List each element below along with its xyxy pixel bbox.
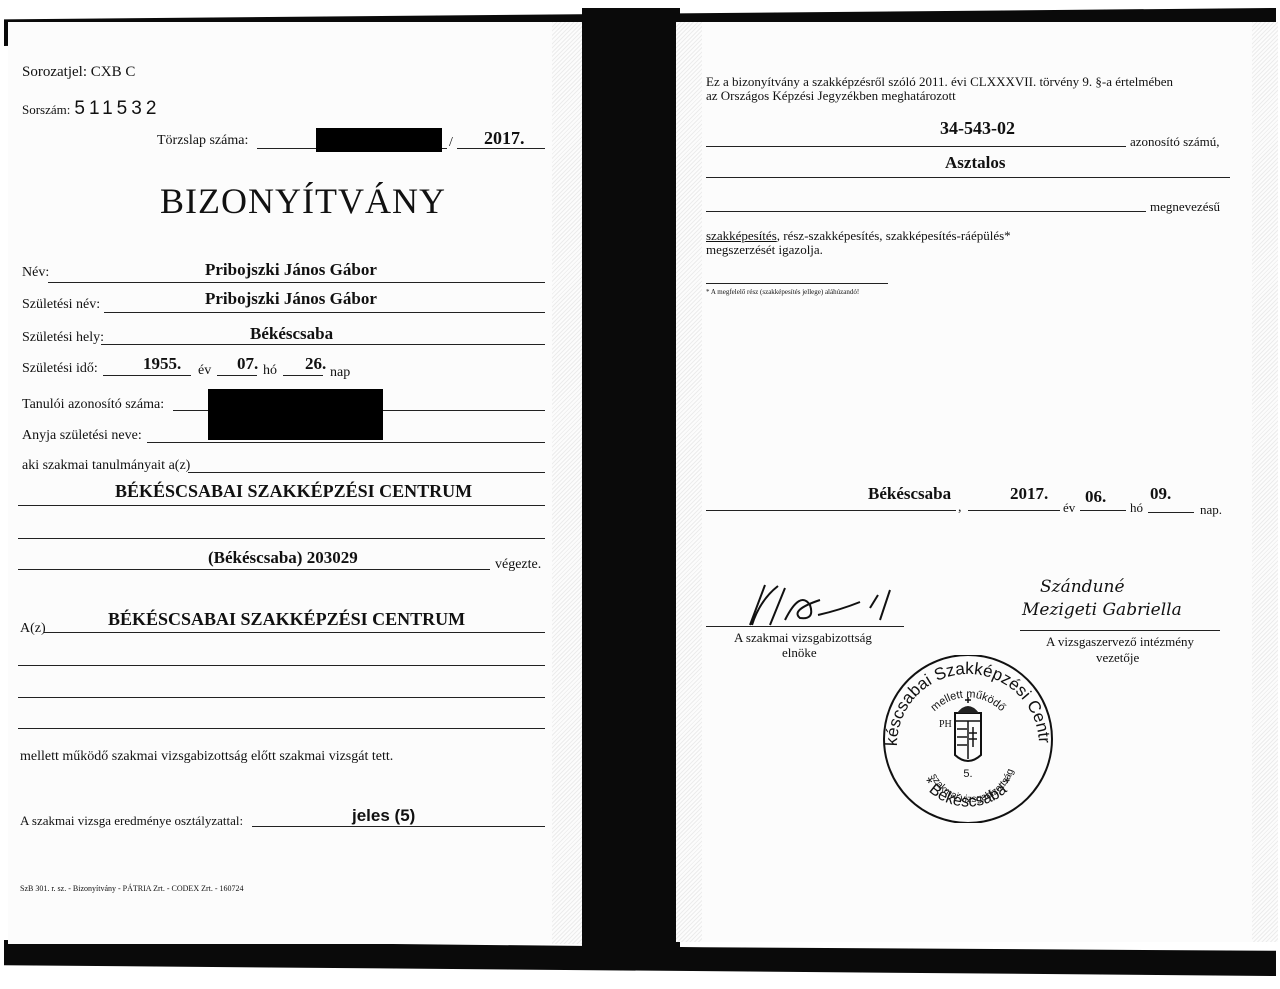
coat-of-arms-icon <box>955 697 981 761</box>
footnote: * A megfelelő rész (szakképesítés jelleg… <box>706 288 859 296</box>
series-label-text: Sorozatjel: <box>22 64 87 80</box>
birth-name-value: Pribojszki János Gábor <box>205 289 377 309</box>
birth-year: 1955. <box>143 354 181 374</box>
director-title-line-2: vezetője <box>1096 650 1139 666</box>
register-year: 2017. <box>484 128 525 149</box>
exam-line-2 <box>18 665 545 666</box>
chairman-title-line-1: A szakmai vizsgabizottság <box>734 630 872 646</box>
issue-month-line <box>1080 510 1126 511</box>
serial-label: Sorszám: <box>22 102 70 117</box>
register-redaction <box>316 128 442 152</box>
place-comma: , <box>958 500 962 516</box>
issue-year-unit: év <box>1063 500 1075 516</box>
birth-day-line <box>283 375 323 376</box>
month-unit: hó <box>263 363 277 379</box>
birth-place-value: Békéscsaba <box>250 324 333 344</box>
result-line <box>252 826 545 827</box>
document-title: BIZONYÍTVÁNY <box>160 180 446 222</box>
year-unit: év <box>198 363 211 379</box>
result-value: jeles (5) <box>352 806 415 826</box>
issue-day-line <box>1148 512 1194 513</box>
birth-place-label: Születési hely: <box>22 330 104 346</box>
birth-year-line <box>103 375 191 376</box>
studies-completed-label: végezte. <box>495 557 541 573</box>
intro-line-2: az Országos Képzési Jegyzékben meghatáro… <box>706 88 956 104</box>
personal-data-redaction <box>208 389 383 440</box>
director-signature-line-2: Mezigeti Gabriella <box>1022 600 1182 620</box>
qualification-type-options: , rész-szakképesítés, szakképesítés-ráép… <box>777 228 1011 243</box>
birth-place-line <box>101 344 545 345</box>
issue-year-line <box>968 510 1060 511</box>
exam-prefix: A(z) <box>20 621 46 637</box>
exam-line-4 <box>18 728 545 729</box>
issue-day-unit: nap. <box>1200 502 1222 518</box>
issue-place: Békéscsaba <box>868 484 951 504</box>
studies-line-4 <box>18 569 490 570</box>
place-line <box>706 510 956 511</box>
director-signature-line-1: Szánduné <box>1040 577 1125 597</box>
page-edge-texture <box>1252 22 1278 942</box>
chairman-title-line-2: elnöke <box>782 645 817 661</box>
page-edge-texture <box>676 22 702 942</box>
issue-day: 09. <box>1150 484 1171 504</box>
code-suffix: azonosító számú, <box>1130 134 1220 150</box>
exam-line-3 <box>18 697 545 698</box>
studies-line-3 <box>18 538 545 539</box>
exam-sentence: mellett működő szakmai vizsgabizottság e… <box>20 749 393 765</box>
qualification-name: Asztalos <box>945 153 1005 173</box>
issue-year: 2017. <box>1010 484 1048 504</box>
issue-month-unit: hó <box>1130 500 1143 516</box>
name-line <box>48 282 545 283</box>
birth-date-label: Születési idő: <box>22 361 98 377</box>
chairman-signature-line <box>706 626 904 627</box>
studies-label: aki szakmai tanulmányait a(z) <box>22 458 190 474</box>
serial-number: Sorszám: 511532 <box>22 98 160 120</box>
series-value: CXB C <box>91 64 136 80</box>
birth-day: 26. <box>305 354 326 374</box>
studies-line-1 <box>188 472 545 473</box>
stamp-mark: PH <box>939 719 952 730</box>
code-line <box>706 146 1126 147</box>
exam-institution: BÉKÉSCSABAI SZAKKÉPZÉSI CENTRUM <box>108 609 465 630</box>
studies-location-code: (Békéscsaba) 203029 <box>208 548 358 568</box>
name-label: Név: <box>22 265 49 281</box>
stamp-number: 5. <box>963 768 972 780</box>
director-title-line-1: A vizsgaszervező intézmény <box>1046 634 1194 650</box>
series-label: Sorozatjel: CXB C <box>22 64 135 81</box>
page-edge-texture <box>552 22 582 944</box>
birth-name-label: Születési név: <box>22 297 100 313</box>
birth-month: 07. <box>237 354 258 374</box>
certifies-text: megszerzését igazolja. <box>706 242 823 258</box>
name-suffix: megnevezésű <box>1150 199 1220 215</box>
birth-month-line <box>217 375 257 376</box>
chairman-signature-icon <box>730 580 900 630</box>
director-signature-line <box>1020 630 1220 631</box>
serial-value: 511532 <box>74 98 160 119</box>
result-label: A szakmai vizsga eredménye osztályzattal… <box>20 813 243 829</box>
mother-name-label: Anyja születési neve: <box>22 428 142 444</box>
name-value: Pribojszki János Gábor <box>205 260 377 280</box>
studies-institution: BÉKÉSCSABAI SZAKKÉPZÉSI CENTRUM <box>115 481 472 502</box>
day-unit: nap <box>330 365 350 381</box>
official-stamp-icon: Békéscsabai Szakképzési Centrum * Békésc… <box>877 655 1059 823</box>
mother-name-line <box>147 442 545 443</box>
name-line-1 <box>706 177 1230 178</box>
footnote-rule <box>706 283 888 284</box>
exam-line-1 <box>44 632 545 633</box>
qualification-type-selected: szakképesítés <box>706 228 777 243</box>
register-label: Törzslap száma: <box>157 133 248 149</box>
birth-name-line <box>104 312 545 313</box>
scanner-spine <box>582 8 680 968</box>
studies-line-2 <box>18 505 545 506</box>
issue-month: 06. <box>1085 487 1106 507</box>
print-footer: SzB 301. r. sz. - Bizonyítvány - PÁTRIA … <box>20 884 244 893</box>
qualification-code: 34-543-02 <box>940 118 1015 139</box>
register-separator: / <box>449 135 453 151</box>
student-id-label: Tanulói azonosító száma: <box>22 397 164 413</box>
name-line-2 <box>706 211 1146 212</box>
